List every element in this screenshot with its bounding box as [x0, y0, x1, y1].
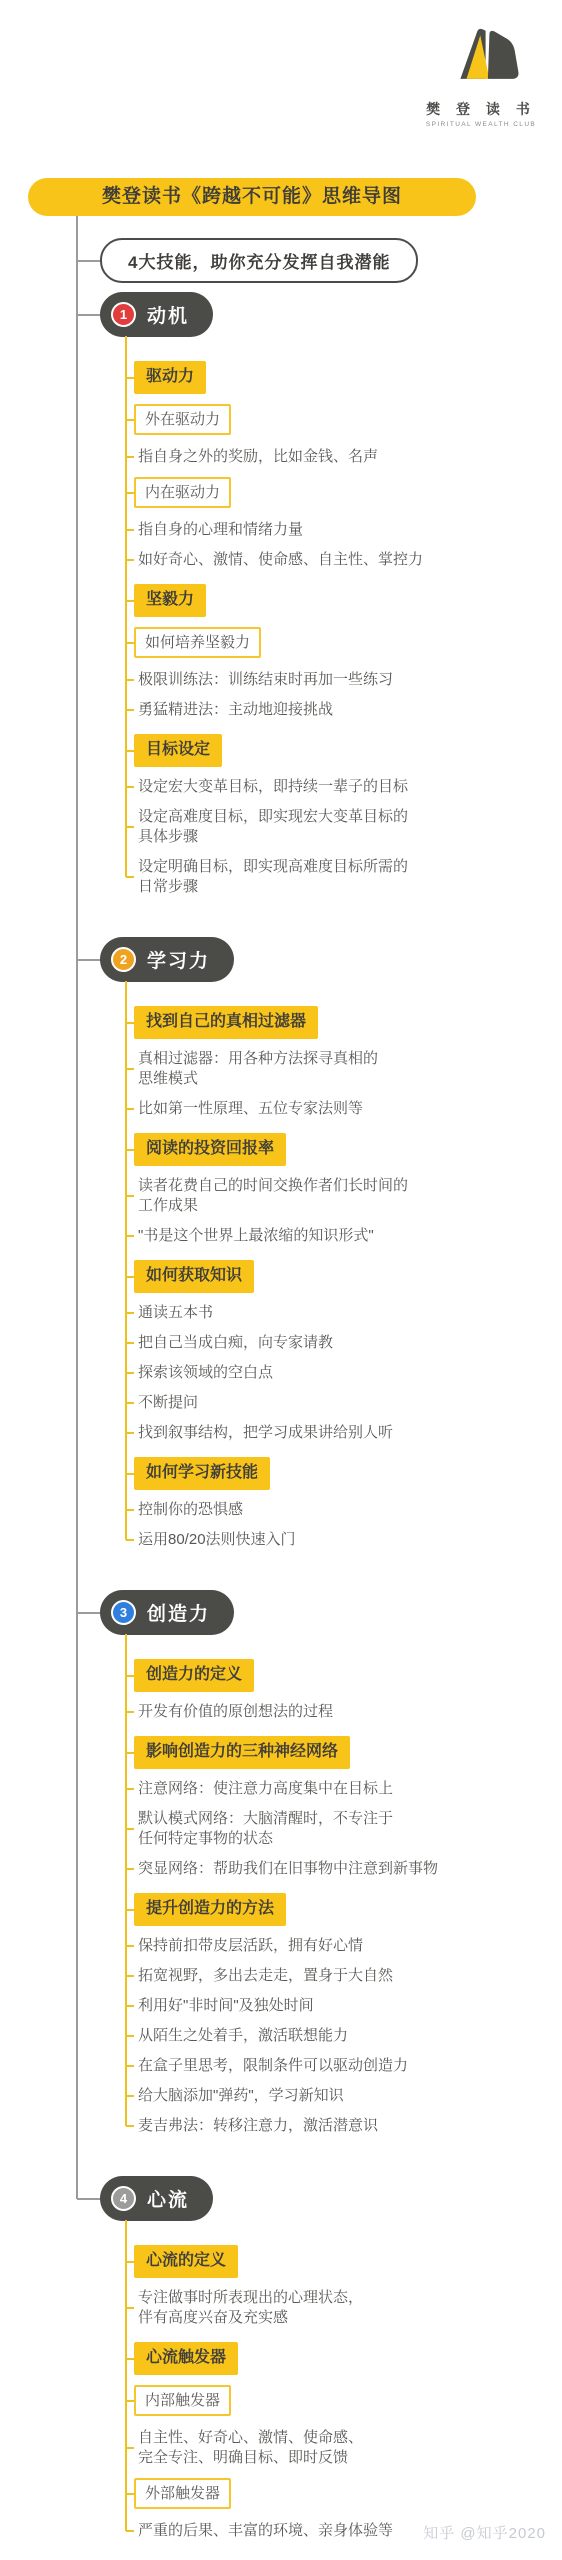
item-highlight: 提升创造力的方法	[134, 1893, 286, 1926]
section-1: 1动机驱动力外在驱动力指自身之外的奖励，比如金钱、名声内在驱动力指自身的心理和情…	[100, 292, 546, 907]
connector-line	[126, 559, 134, 561]
connector-line	[126, 826, 134, 828]
item-highlight: 找到自己的真相过滤器	[134, 1006, 318, 1039]
section-label: 学习力	[147, 946, 210, 973]
item-highlight: 驱动力	[134, 361, 206, 394]
connector-line	[126, 2447, 134, 2449]
connector-line	[126, 786, 134, 788]
item-highlight: 如何获取知识	[134, 1260, 254, 1293]
brand-logo: 樊 登 读 书 SPIRITUAL WEALTH CLUB	[414, 22, 548, 128]
connector-line	[126, 1711, 134, 1713]
connector-line	[126, 1975, 134, 1977]
connector-line	[77, 260, 100, 262]
connector-line	[126, 2065, 134, 2067]
item-highlight: 创造力的定义	[134, 1659, 254, 1692]
watermark-user: @知乎2020	[460, 2525, 546, 2542]
brand-name-en: SPIRITUAL WEALTH CLUB	[414, 121, 548, 128]
item-text: 开发有价值的原创想法的过程	[134, 1702, 546, 1722]
connector-line	[126, 679, 134, 681]
item-outline: 外在驱动力	[134, 404, 231, 435]
item-text: 如好奇心、激情、使命感、自主性、掌控力	[134, 550, 546, 570]
connector-line	[126, 2095, 134, 2097]
item-highlight: 心流触发器	[134, 2342, 238, 2375]
connector-line	[76, 216, 78, 2199]
item-text: 极限训练法：训练结束时再加一些练习	[134, 670, 546, 690]
item-text: "书是这个世界上最浓缩的知识形式"	[134, 1226, 546, 1246]
item-highlight: 影响创造力的三种神经网络	[134, 1736, 350, 1769]
item-highlight: 阅读的投资回报率	[134, 1133, 286, 1166]
section-items: 创造力的定义开发有价值的原创想法的过程影响创造力的三种神经网络注意网络：使注意力…	[134, 1645, 546, 2146]
item-text: 麦吉弗法：转移注意力，激活潜意识	[134, 2116, 546, 2136]
watermark: 知乎 @知乎2020	[423, 2522, 546, 2543]
connector-line	[126, 1509, 134, 1511]
connector-line	[77, 314, 100, 316]
connector-line	[126, 1868, 134, 1870]
section-pill: 1动机	[100, 292, 213, 337]
connector-line	[126, 750, 134, 752]
connector-line	[126, 2400, 134, 2402]
item-text: 自主性、好奇心、激情、使命感、 完全专注、明确目标、即时反馈	[134, 2428, 546, 2468]
connector-line	[126, 876, 134, 878]
item-outline: 外部触发器	[134, 2478, 231, 2509]
connector-line	[126, 1108, 134, 1110]
item-text: 保持前扣带皮层活跃，拥有好心情	[134, 1936, 546, 1956]
item-text: 不断提问	[134, 1393, 546, 1413]
item-text: 探索该领域的空白点	[134, 1363, 546, 1383]
item-text: 设定明确目标，即实现高难度目标所需的 日常步骤	[134, 857, 546, 897]
item-text: 控制你的恐惧感	[134, 1500, 546, 1520]
connector-line	[126, 1675, 134, 1677]
section-pill: 2学习力	[100, 937, 234, 982]
watermark-site: 知乎	[423, 2525, 455, 2542]
connector-line	[126, 2125, 134, 2127]
connector-line	[126, 377, 134, 379]
section-3: 3创造力创造力的定义开发有价值的原创想法的过程影响创造力的三种神经网络注意网络：…	[100, 1590, 546, 2146]
section-items: 心流的定义专注做事时所表现出的心理状态， 伴有高度兴奋及充实感心流触发器内部触发…	[134, 2231, 546, 2551]
item-text: 给大脑添加"弹药"，学习新知识	[134, 2086, 546, 2106]
book-mountain-logo-icon	[439, 22, 523, 90]
connector-line	[126, 1068, 134, 1070]
connector-line	[126, 1235, 134, 1237]
item-highlight: 坚毅力	[134, 584, 206, 617]
connector-line	[126, 2530, 134, 2532]
connector-line	[126, 2261, 134, 2263]
section-items: 找到自己的真相过滤器真相过滤器：用各种方法探寻真相的 思维模式比如第一性原理、五…	[134, 992, 546, 1560]
connector-line	[126, 1342, 134, 1344]
item-text: 指自身的心理和情绪力量	[134, 520, 546, 540]
connector-line	[126, 1149, 134, 1151]
item-text: 专注做事时所表现出的心理状态， 伴有高度兴奋及充实感	[134, 2288, 546, 2328]
item-text: 指自身之外的奖励，比如金钱、名声	[134, 447, 546, 467]
connector-line	[126, 456, 134, 458]
connector-line	[126, 1752, 134, 1754]
section-4: 4心流心流的定义专注做事时所表现出的心理状态， 伴有高度兴奋及充实感心流触发器内…	[100, 2176, 546, 2551]
item-text: 设定宏大变革目标，即持续一辈子的目标	[134, 777, 546, 797]
root-node: 4大技能，助你充分发挥自我潜能	[100, 238, 418, 283]
item-text: 拓宽视野，多出去走走，置身于大自然	[134, 1966, 546, 1986]
connector-line	[126, 1402, 134, 1404]
item-outline: 内部触发器	[134, 2385, 231, 2416]
connector-line	[126, 2035, 134, 2037]
section-label: 创造力	[147, 1599, 210, 1626]
item-text: 设定高难度目标，即实现宏大变革目标的 具体步骤	[134, 807, 546, 847]
item-text: 勇猛精进法：主动地迎接挑战	[134, 700, 546, 720]
connector-line	[125, 981, 127, 1540]
connector-line	[77, 1612, 100, 1614]
connector-line	[126, 2307, 134, 2309]
connector-line	[77, 2198, 100, 2200]
item-text: 从陌生之处着手，激活联想能力	[134, 2026, 546, 2046]
section-number-badge: 2	[111, 947, 136, 972]
connector-line	[125, 2220, 127, 2531]
connector-line	[126, 1945, 134, 1947]
section-label: 动机	[147, 301, 189, 328]
connector-line	[126, 2005, 134, 2007]
connector-line	[126, 419, 134, 421]
section-items: 驱动力外在驱动力指自身之外的奖励，比如金钱、名声内在驱动力指自身的心理和情绪力量…	[134, 347, 546, 907]
connector-line	[126, 529, 134, 531]
item-text: 找到叙事结构，把学习成果讲给别人听	[134, 1423, 546, 1443]
connector-line	[126, 1473, 134, 1475]
item-text: 利用好"非时间"及独处时间	[134, 1996, 546, 2016]
section-number-badge: 3	[111, 1600, 136, 1625]
item-text: 真相过滤器：用各种方法探寻真相的 思维模式	[134, 1049, 546, 1089]
item-text: 注意网络：使注意力高度集中在目标上	[134, 1779, 546, 1799]
section-number-badge: 1	[111, 302, 136, 327]
mindmap-canvas: 樊 登 读 书 SPIRITUAL WEALTH CLUB 樊登读书《跨越不可能…	[0, 0, 562, 2560]
sections-container: 1动机驱动力外在驱动力指自身之外的奖励，比如金钱、名声内在驱动力指自身的心理和情…	[100, 292, 546, 2551]
section-number-badge: 4	[111, 2186, 136, 2211]
item-text: 默认模式网络：大脑清醒时，不专注于 任何特定事物的状态	[134, 1809, 546, 1849]
connector-line	[126, 1432, 134, 1434]
connector-line	[126, 1372, 134, 1374]
connector-line	[126, 1539, 134, 1541]
section-pill: 4心流	[100, 2176, 213, 2221]
connector-line	[126, 1828, 134, 1830]
item-highlight: 目标设定	[134, 734, 222, 767]
section-pill: 3创造力	[100, 1590, 234, 1635]
connector-line	[125, 1634, 127, 2126]
item-highlight: 如何学习新技能	[134, 1457, 270, 1490]
connector-line	[126, 492, 134, 494]
connector-line	[126, 2493, 134, 2495]
item-outline: 内在驱动力	[134, 477, 231, 508]
section-label: 心流	[147, 2185, 189, 2212]
connector-line	[125, 336, 127, 877]
item-text: 突显网络：帮助我们在旧事物中注意到新事物	[134, 1859, 546, 1879]
map-title: 樊登读书《跨越不可能》思维导图	[28, 178, 476, 216]
item-outline: 如何培养坚毅力	[134, 627, 261, 658]
connector-line	[77, 959, 100, 961]
connector-line	[126, 2358, 134, 2360]
item-text: 运用80/20法则快速入门	[134, 1530, 546, 1550]
section-2: 2学习力找到自己的真相过滤器真相过滤器：用各种方法探寻真相的 思维模式比如第一性…	[100, 937, 546, 1560]
connector-line	[126, 1022, 134, 1024]
item-text: 把自己当成白痴，向专家请教	[134, 1333, 546, 1353]
item-text: 比如第一性原理、五位专家法则等	[134, 1099, 546, 1119]
connector-line	[126, 1312, 134, 1314]
connector-line	[126, 600, 134, 602]
item-text: 在盒子里思考，限制条件可以驱动创造力	[134, 2056, 546, 2076]
item-text: 读者花费自己的时间交换作者们长时间的 工作成果	[134, 1176, 546, 1216]
connector-line	[126, 1909, 134, 1911]
brand-name-cn: 樊 登 读 书	[414, 99, 548, 119]
connector-line	[126, 1195, 134, 1197]
item-highlight: 心流的定义	[134, 2245, 238, 2278]
item-text: 通读五本书	[134, 1303, 546, 1323]
connector-line	[126, 709, 134, 711]
connector-line	[126, 1788, 134, 1790]
connector-line	[126, 642, 134, 644]
connector-line	[126, 1276, 134, 1278]
